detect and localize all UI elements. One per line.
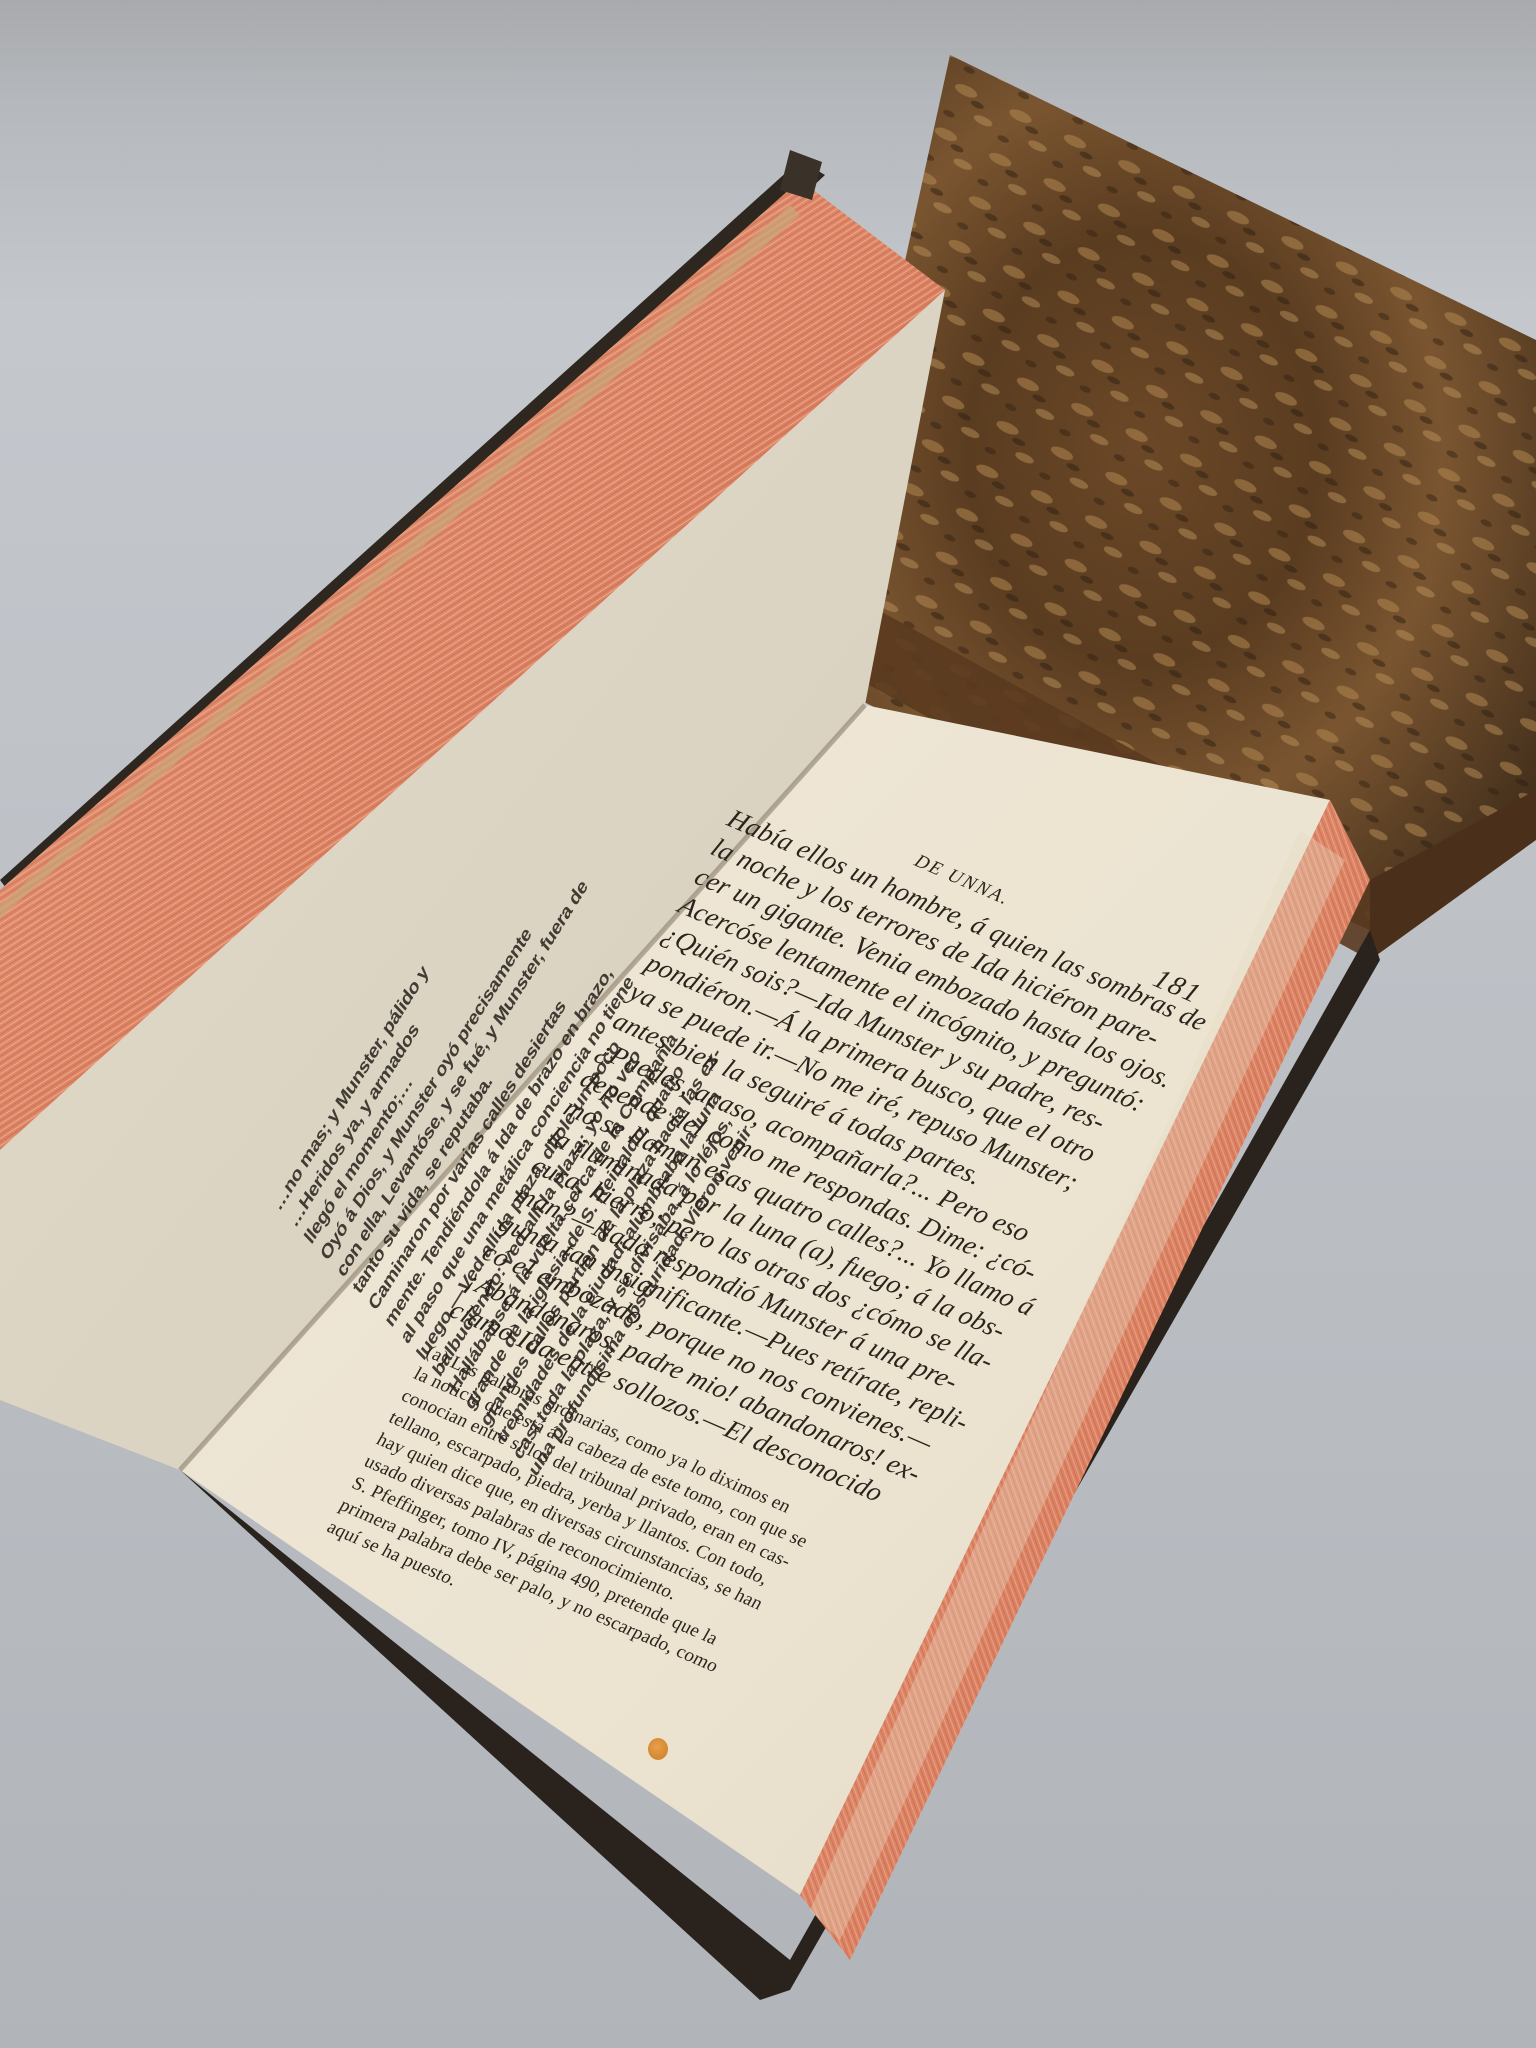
foxing-stain	[648, 1738, 668, 1760]
photo-scene: DE UNNA. 181 Había ellos un hombre, á qu…	[0, 0, 1536, 2048]
